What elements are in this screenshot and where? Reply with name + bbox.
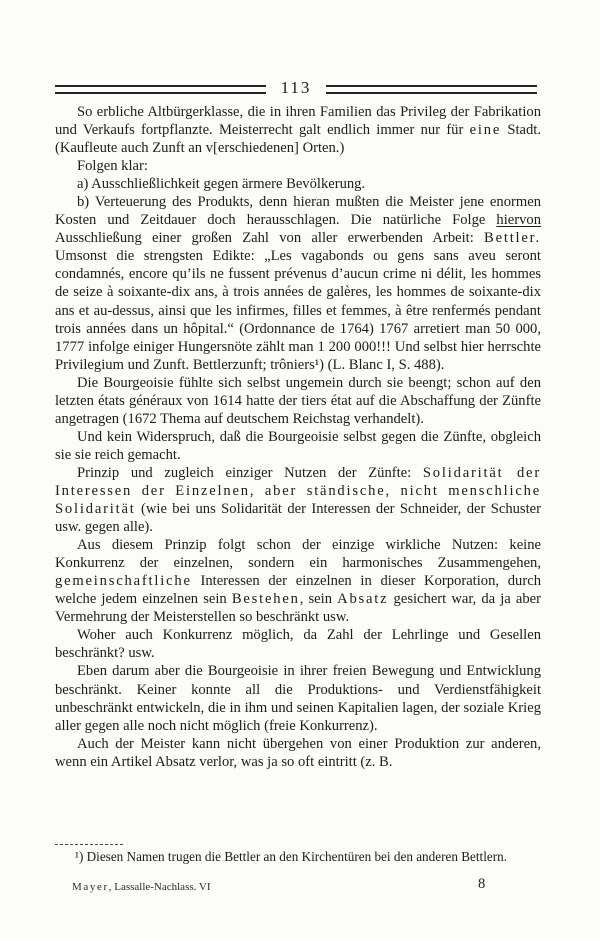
text-segment: Aus diesem Prinzip folgt schon der einzi… <box>55 537 541 571</box>
header-rule-right <box>326 85 537 94</box>
text-segment: Bestehen <box>232 591 300 607</box>
page-body: So erbliche Altbürgerklasse, die in ihre… <box>55 103 541 845</box>
text-segment: eine <box>470 122 502 138</box>
text-segment: Bettler. <box>484 230 541 246</box>
text-segment: Die Bourgeoisie fühlte sich selbst ungem… <box>55 375 541 427</box>
paragraph: Woher auch Konkurrenz möglich, da Zahl d… <box>55 626 541 662</box>
text-segment: a) Ausschließlichkeit gegen ärmere Bevöl… <box>77 176 365 192</box>
text-segment: , Lassalle-Nachlass. VI <box>109 881 211 893</box>
text-segment: Mayer <box>72 881 109 893</box>
text-segment: , sein <box>300 591 337 607</box>
text-segment: Und kein Widerspruch, daß die Bourgeoisi… <box>55 429 541 463</box>
footer-signature: Mayer, Lassalle-Nachlass. VI <box>72 881 211 893</box>
text-segment: gemeinschaftliche <box>55 573 192 589</box>
footnote: ¹) Diesen Namen trugen die Bettler an de… <box>55 849 541 866</box>
footnote-text: ¹) Diesen Namen trugen die Bettler an de… <box>55 849 541 866</box>
paragraph: Eben darum aber die Bourgeoisie in ihrer… <box>55 662 541 734</box>
text-segment: Woher auch Konkurrenz möglich, da Zahl d… <box>55 627 541 661</box>
text-segment: Umsonst die strengsten Edikte: „Les vaga… <box>55 248 541 372</box>
paragraph: b) Verteuerung des Produkts, denn hieran… <box>55 193 541 373</box>
paragraph: Prinzip und zugleich einziger Nutzen der… <box>55 464 541 536</box>
paragraph: a) Ausschließlichkeit gegen ärmere Bevöl… <box>55 175 541 193</box>
text-segment: Folgen klar: <box>77 158 148 174</box>
text-segment: hiervon <box>496 212 541 228</box>
text-segment: So erbliche Altbürgerklasse, die in ihre… <box>55 104 541 138</box>
paragraph: Folgen klar: <box>55 157 541 175</box>
paragraph: Aus diesem Prinzip folgt schon der einzi… <box>55 536 541 626</box>
paragraph: Die Bourgeoisie fühlte sich selbst ungem… <box>55 374 541 428</box>
text-segment: Absatz <box>337 591 388 607</box>
header-rule-left <box>55 85 266 94</box>
paragraph: Und kein Widerspruch, daß die Bourgeoisi… <box>55 428 541 464</box>
text-segment: Auch der Meister kann nicht übergehen vo… <box>55 736 541 770</box>
text-segment: Eben darum aber die Bourgeoisie in ihrer… <box>55 663 541 733</box>
paragraph: Auch der Meister kann nicht übergehen vo… <box>55 735 541 771</box>
running-head: 113 <box>55 79 537 99</box>
header-page-number: 113 <box>281 78 312 98</box>
paragraph: So erbliche Altbürgerklasse, die in ihre… <box>55 103 541 157</box>
footer-sheet-number: 8 <box>478 876 485 893</box>
text-segment: Prinzip und zugleich einziger Nutzen der… <box>77 465 423 481</box>
text-segment: Ausschließung einer großen Zahl von alle… <box>55 230 484 246</box>
footnote-separator <box>55 844 123 845</box>
document-page: 113 So erbliche Altbürgerklasse, die in … <box>0 0 600 940</box>
text-segment: b) Verteuerung des Produkts, denn hieran… <box>55 194 541 228</box>
